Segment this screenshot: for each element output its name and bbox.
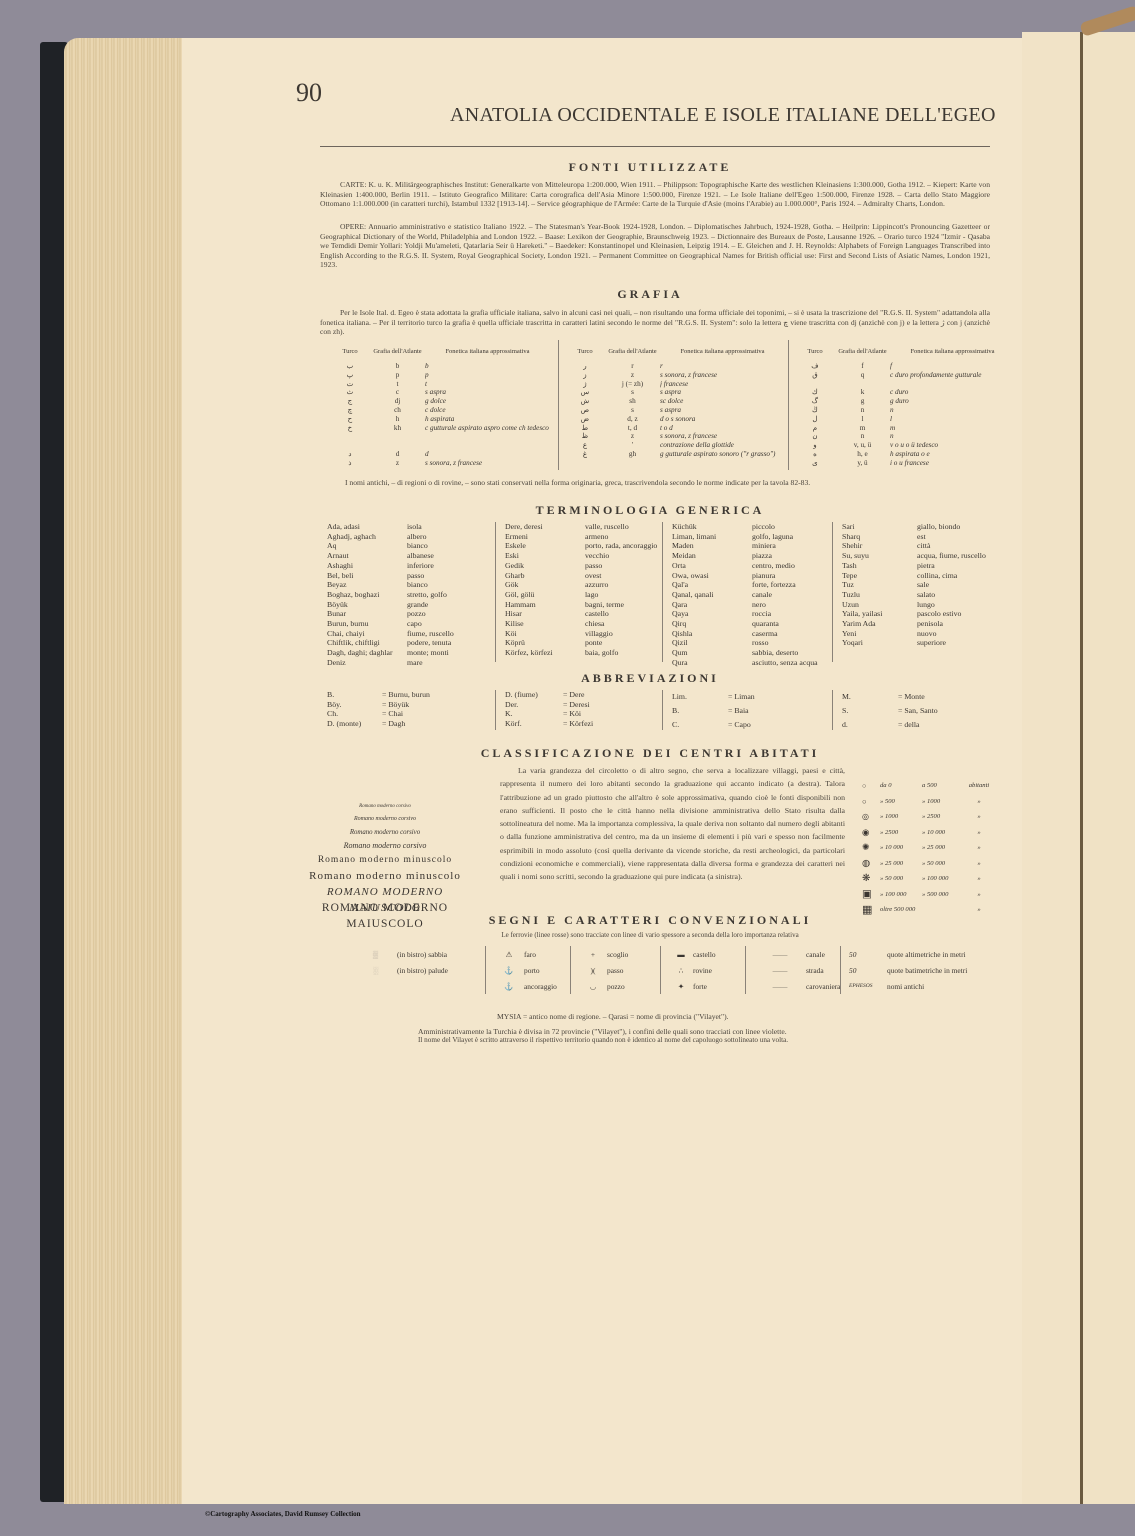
- list-item: ——carovaniera: [754, 978, 846, 994]
- table-row: گgg duro: [795, 397, 1015, 406]
- population-to: » 10 000: [922, 829, 964, 836]
- grafia-column-1: TurcoGrafia dell'AtlanteFonetica italian…: [330, 340, 550, 468]
- legend-label: forte: [693, 982, 748, 991]
- population-row: ○» 500» 1000»: [862, 794, 994, 810]
- table-row: هh, eh aspirata o e: [795, 450, 1015, 459]
- term-word: Ashaghi: [327, 561, 407, 571]
- grafia-header-cell: Fonetica italiana approssimativa: [890, 348, 1015, 355]
- population-to: » 25 000: [922, 844, 964, 851]
- grafia-header-row: TurcoGrafia dell'AtlanteFonetica italian…: [795, 340, 1015, 362]
- grafia-column-2: TurcoGrafia dell'AtlanteFonetica italian…: [565, 340, 785, 459]
- list-item: Eskeleporto, rada, ancoraggio: [505, 541, 657, 551]
- abbreviation-meaning: = Capo: [728, 718, 751, 732]
- italian-phonetic: [890, 380, 1015, 389]
- term-meaning: salato: [917, 590, 935, 600]
- term-word: Qirq: [672, 619, 752, 629]
- column-divider: [662, 690, 663, 730]
- population-unit: abitanti: [964, 782, 994, 789]
- grafia-header-cell: Turco: [330, 348, 370, 355]
- term-word: Küchük: [672, 522, 752, 532]
- term-word: Qizil: [672, 638, 752, 648]
- list-item: Yaila, yailasipascolo estivo: [842, 609, 986, 619]
- list-item: Böy.= Böyük: [327, 700, 430, 710]
- term-meaning: monte; monti: [407, 648, 449, 658]
- segni-group: ——canale——strada——carovaniera: [745, 946, 846, 994]
- fonti-opere: OPERE: Annuario amministrativo e statist…: [320, 222, 990, 270]
- atlas-spelling: d, z: [605, 415, 660, 424]
- atlas-spelling: q: [835, 371, 890, 380]
- turkish-letter: ن: [795, 432, 835, 441]
- term-word: Ada, adasi: [327, 522, 407, 532]
- term-meaning: pozzo: [407, 609, 426, 619]
- type-sample: ROMANO MODERNO MAIUSCOLO: [300, 884, 470, 900]
- list-item: Yoqarisuperiore: [842, 638, 986, 648]
- term-word: Gök: [505, 580, 585, 590]
- list-item: Eskivecchio: [505, 551, 657, 561]
- term-meaning: castello: [585, 609, 609, 619]
- italian-phonetic: g dolce: [425, 397, 550, 406]
- column-divider: [832, 522, 833, 662]
- term-word: Tash: [842, 561, 917, 571]
- legend-label: pozzo: [607, 982, 662, 991]
- list-item: Tuzsale: [842, 580, 986, 590]
- term-meaning: porto, rada, ancoraggio: [585, 541, 657, 551]
- term-meaning: bianco: [407, 580, 428, 590]
- italian-phonetic: contrazione della glottide: [660, 441, 785, 450]
- population-from: da 0: [880, 782, 922, 789]
- table-row: [330, 432, 550, 441]
- population-unit: »: [964, 844, 994, 851]
- settlement-symbol: ◎: [862, 812, 880, 821]
- legend-symbol-icon: ——: [754, 966, 806, 975]
- atlas-spelling: s: [605, 388, 660, 397]
- population-unit: »: [964, 875, 994, 882]
- term-word: Körfez, körfezi: [505, 648, 585, 658]
- list-item: Madenminiera: [672, 541, 818, 551]
- term-meaning: golfo, laguna: [752, 532, 793, 542]
- type-sample: Romano moderno corsivo: [300, 839, 470, 852]
- abbreviation: B.: [672, 704, 728, 718]
- term-word: Arnaut: [327, 551, 407, 561]
- term-meaning: acqua, fiume, ruscello: [917, 551, 986, 561]
- table-row: طt, dt o d: [565, 424, 785, 433]
- atlas-spelling: m: [835, 424, 890, 433]
- abbreviation: B.: [327, 690, 382, 700]
- abbreviation: K.: [505, 709, 563, 719]
- italian-phonetic: s aspra: [660, 388, 785, 397]
- table-row: فff: [795, 362, 1015, 371]
- term-word: Maden: [672, 541, 752, 551]
- term-meaning: roccia: [752, 609, 771, 619]
- term-word: Aghadj, aghach: [327, 532, 407, 542]
- table-row: زzs sonora, z francese: [565, 371, 785, 380]
- abbreviation: Körf.: [505, 719, 563, 729]
- table-row: ظzs sonora, z francese: [565, 432, 785, 441]
- term-word: Yarim Ada: [842, 619, 917, 629]
- italian-phonetic: d: [425, 450, 550, 459]
- italian-phonetic: s aspra: [660, 406, 785, 415]
- term-meaning: passo: [407, 571, 424, 581]
- list-item: Der.= Deresi: [505, 700, 593, 710]
- atlas-spelling: j (= zh): [605, 380, 660, 389]
- term-word: Qum: [672, 648, 752, 658]
- abbreviation-meaning: = della: [898, 718, 920, 732]
- legend-symbol-icon: ∴: [669, 966, 693, 975]
- table-row: شshsc dolce: [565, 397, 785, 406]
- population-from: » 25 000: [880, 860, 922, 867]
- term-meaning: baia, golfo: [585, 648, 618, 658]
- turkish-letter: ص: [565, 406, 605, 415]
- atlas-spelling: y, ü: [835, 459, 890, 468]
- abbreviation-meaning: = Liman: [728, 690, 755, 704]
- italian-phonetic: g gutturale aspirato sonoro ("r grasso"): [660, 450, 785, 459]
- population-from: » 500: [880, 798, 922, 805]
- legend-symbol-icon: ▬: [669, 950, 693, 959]
- term-word: Burun, burnu: [327, 619, 407, 629]
- italian-phonetic: s aspra: [425, 388, 550, 397]
- list-item: Küchükpiccolo: [672, 522, 818, 532]
- legend-symbol-icon: +: [579, 950, 607, 959]
- term-word: Qaya: [672, 609, 752, 619]
- legend-symbol-icon: 50: [849, 950, 887, 959]
- term-word: Shehir: [842, 541, 917, 551]
- term-word: Dagh, daghi; daghlar: [327, 648, 407, 658]
- population-scale: ○da 0a 500abitanti○» 500» 1000»◎» 1000» …: [862, 778, 994, 918]
- atlas-spelling: b: [370, 362, 425, 371]
- turkish-letter: ر: [565, 362, 605, 371]
- grafia-intro: Per le Isole Ital. d. Egeo è stata adott…: [320, 308, 990, 337]
- population-to: » 500 000: [922, 891, 964, 898]
- atlas-spelling: p: [370, 371, 425, 380]
- term-word: Qanal, qanali: [672, 590, 752, 600]
- term-meaning: sale: [917, 580, 929, 590]
- abbreviation: d.: [842, 718, 898, 732]
- term-word: Böyük: [327, 600, 407, 610]
- segni-group: ⚠faro⚓porto⚓ancoraggio: [485, 946, 574, 994]
- grafia-header-cell: Fonetica italiana approssimativa: [425, 348, 550, 355]
- term-word: Yeni: [842, 629, 917, 639]
- italian-phonetic: n: [890, 406, 1015, 415]
- list-item: Ashaghiinferiore: [327, 561, 454, 571]
- list-item: Tuzlusalato: [842, 590, 986, 600]
- population-row: ◎» 1000» 2500»: [862, 809, 994, 825]
- list-item: ▒(in bistro) sabbia: [352, 946, 477, 962]
- turkish-letter: ل: [795, 415, 835, 424]
- population-from: » 1000: [880, 813, 922, 820]
- atlas-spelling: h, e: [835, 450, 890, 459]
- italian-phonetic: s sonora, z francese: [425, 459, 550, 468]
- term-meaning: pianura: [752, 571, 775, 581]
- title-rule: [320, 146, 990, 147]
- turkish-letter: گ: [795, 397, 835, 406]
- abbreviation: M.: [842, 690, 898, 704]
- atlas-spelling: z: [605, 371, 660, 380]
- page-number: 90: [296, 78, 322, 108]
- term-word: Orta: [672, 561, 752, 571]
- population-unit: »: [964, 798, 994, 805]
- legend-label: nomi antichi: [887, 982, 1047, 991]
- segni-subtitle: Le ferrovie (linee rosse) sono tracciate…: [300, 931, 1000, 940]
- term-meaning: pascolo estivo: [917, 609, 961, 619]
- legend-symbol-icon: EPHESOS: [849, 983, 887, 989]
- list-item: Köprüponte: [505, 638, 657, 648]
- population-unit: »: [964, 891, 994, 898]
- term-meaning: azzurro: [585, 580, 608, 590]
- term-word: Qishla: [672, 629, 752, 639]
- term-meaning: stretto, golfo: [407, 590, 447, 600]
- legend-label: ancoraggio: [524, 982, 574, 991]
- turkish-letter: [330, 432, 370, 441]
- legend-label: rovine: [693, 966, 748, 975]
- atlas-spelling: t: [370, 380, 425, 389]
- population-row: ✺» 10 000» 25 000»: [862, 840, 994, 856]
- population-from: » 2500: [880, 829, 922, 836]
- term-meaning: villaggio: [585, 629, 613, 639]
- list-item: 50quote altimetriche in metri: [849, 946, 1047, 962]
- list-item: Shehircittà: [842, 541, 986, 551]
- term-word: Hisar: [505, 609, 585, 619]
- term-meaning: ponte: [585, 638, 602, 648]
- italian-phonetic: d o s sonora: [660, 415, 785, 424]
- list-item: Ortacentro, medio: [672, 561, 818, 571]
- table-row: [795, 380, 1015, 389]
- term-meaning: città: [917, 541, 930, 551]
- grafia-header-cell: Fonetica italiana approssimativa: [660, 348, 785, 355]
- italian-phonetic: r: [660, 362, 785, 371]
- abbreviation: Ch.: [327, 709, 382, 719]
- list-item: Köivillaggio: [505, 629, 657, 639]
- table-row: رrr: [565, 362, 785, 371]
- abbreviazioni-column-3: Lim.= LimanB.= BaiaC.= Capo: [672, 690, 755, 732]
- italian-phonetic: v o u o ü tedesco: [890, 441, 1015, 450]
- atlas-spelling: [835, 380, 890, 389]
- settlement-symbol: ◉: [862, 827, 880, 838]
- term-meaning: quaranta: [752, 619, 779, 629]
- list-item: ⚓porto: [494, 962, 574, 978]
- term-meaning: passo: [585, 561, 602, 571]
- italian-phonetic: [425, 432, 550, 441]
- abbreviation: Der.: [505, 700, 563, 710]
- list-item: ░(in bistro) palude: [352, 962, 477, 978]
- atlas-spelling: z: [370, 459, 425, 468]
- list-item: )(passo: [579, 962, 662, 978]
- italian-phonetic: p: [425, 371, 550, 380]
- list-item: Liman, limanigolfo, laguna: [672, 532, 818, 542]
- legend-label: scoglio: [607, 950, 662, 959]
- table-row: لll: [795, 415, 1015, 424]
- list-item: Dagh, daghi; daghlarmonte; monti: [327, 648, 454, 658]
- atlas-spelling: t, d: [605, 424, 660, 433]
- turkish-letter: ی: [795, 459, 835, 468]
- table-row: خkhc gutturale aspirato aspro come ch te…: [330, 424, 550, 433]
- term-word: Sari: [842, 522, 917, 532]
- type-sample: Romano moderno minuscolo: [300, 868, 470, 884]
- term-meaning: albanese: [407, 551, 434, 561]
- term-word: Gedik: [505, 561, 585, 571]
- list-item: ⚓ancoraggio: [494, 978, 574, 994]
- abbreviation-meaning: = Böyük: [382, 700, 409, 710]
- list-item: ✦forte: [669, 978, 748, 994]
- abbreviation-meaning: = Chai: [382, 709, 403, 719]
- italian-phonetic: c gutturale aspirato aspro come ch tedes…: [425, 424, 550, 433]
- page-title: ANATOLIA OCCIDENTALE E ISOLE ITALIANE DE…: [450, 104, 996, 127]
- italian-phonetic: sc dolce: [660, 397, 785, 406]
- legend-label: quote batimetriche in metri: [887, 966, 1047, 975]
- term-meaning: bagni, terme: [585, 600, 624, 610]
- list-item: Chiftlik, chiftligipodere, tenuta: [327, 638, 454, 648]
- legend-label: passo: [607, 966, 662, 975]
- turkish-letter: ق: [795, 371, 835, 380]
- term-meaning: armeno: [585, 532, 608, 542]
- term-word: Qal'a: [672, 580, 752, 590]
- admin-note-2: Il nome del Vilayet è scritto attraverso…: [418, 1036, 788, 1045]
- list-item: Körfez, körfezibaia, golfo: [505, 648, 657, 658]
- abbreviazioni-column-4: M.= MonteS.= San, Santod.= della: [842, 690, 938, 732]
- list-item: Ch.= Chai: [327, 709, 430, 719]
- term-meaning: piccolo: [752, 522, 775, 532]
- terminologia-column-4: Sarigiallo, biondoSharqestShehircittàSu,…: [842, 522, 986, 648]
- term-meaning: capo: [407, 619, 422, 629]
- italian-phonetic: l: [890, 415, 1015, 424]
- segni-group: ▬castello∴rovine✦forte: [660, 946, 748, 994]
- table-row: تtt: [330, 380, 550, 389]
- italian-phonetic: c duro profondamente gutturale: [890, 371, 1015, 380]
- classificazione-text: La varia grandezza del circoletto o di a…: [500, 764, 845, 884]
- turkish-letter: ث: [330, 388, 370, 397]
- legend-label: castello: [693, 950, 748, 959]
- atlas-spelling: kh: [370, 424, 425, 433]
- legend-symbol-icon: ◡: [579, 982, 607, 991]
- list-item: Dere, deresivalle, ruscello: [505, 522, 657, 532]
- turkish-letter: ع: [565, 441, 605, 450]
- legend-symbol-icon: ⚠: [494, 950, 524, 959]
- legend-label: (in bistro) sabbia: [397, 950, 477, 959]
- legend-label: porto: [524, 966, 574, 975]
- list-item: Sharqest: [842, 532, 986, 542]
- legend-symbol-icon: ✦: [669, 982, 693, 991]
- atlas-spelling: ch: [370, 406, 425, 415]
- legend-label: quote altimetriche in metri: [887, 950, 1047, 959]
- turkish-letter: ش: [565, 397, 605, 406]
- legend-symbol-icon: ⚓: [494, 982, 524, 991]
- list-item: Yeninuovo: [842, 629, 986, 639]
- italian-phonetic: b: [425, 362, 550, 371]
- list-item: Qayaroccia: [672, 609, 818, 619]
- population-from: » 100 000: [880, 891, 922, 898]
- list-item: Qizilrosso: [672, 638, 818, 648]
- turkish-letter: س: [565, 388, 605, 397]
- type-samples: Romano moderno corsivoRomano moderno cor…: [300, 800, 470, 916]
- column-divider: [788, 340, 789, 470]
- term-word: Su, suyu: [842, 551, 917, 561]
- list-item: Beyazbianco: [327, 580, 454, 590]
- segni-group: 50quote altimetriche in metri50quote bat…: [840, 946, 1047, 994]
- legend-symbol-icon: )(: [579, 966, 607, 975]
- list-item: ▬castello: [669, 946, 748, 962]
- atlas-spelling: h: [370, 415, 425, 424]
- italian-phonetic: m: [890, 424, 1015, 433]
- abbreviation: C.: [672, 718, 728, 732]
- term-word: Qara: [672, 600, 752, 610]
- italian-phonetic: n: [890, 432, 1015, 441]
- table-row: یy, üi o u francese: [795, 459, 1015, 468]
- italian-phonetic: s sonora, z francese: [660, 371, 785, 380]
- list-item: Qanal, qanalicanale: [672, 590, 818, 600]
- legend-symbol-icon: 50: [849, 966, 887, 975]
- abbreviation-meaning: = San, Santo: [898, 704, 938, 718]
- term-meaning: ovest: [585, 571, 601, 581]
- atlas-spelling: r: [605, 362, 660, 371]
- population-to: a 500: [922, 782, 964, 789]
- term-meaning: pietra: [917, 561, 935, 571]
- type-sample: Romano moderno corsivo: [300, 800, 470, 813]
- list-item: Göl, gölülago: [505, 590, 657, 600]
- term-word: Köi: [505, 629, 585, 639]
- term-word: Liman, limani: [672, 532, 752, 542]
- table-row: كkc duro: [795, 388, 1015, 397]
- type-sample: Romano moderno minuscolo: [300, 852, 470, 868]
- terminologia-column-2: Dere, deresivalle, ruscelloErmeniarmenoE…: [505, 522, 657, 658]
- list-item: Su, suyuacqua, fiume, ruscello: [842, 551, 986, 561]
- term-meaning: est: [917, 532, 926, 542]
- segni-group: +scoglio)(passo◡pozzo: [570, 946, 662, 994]
- table-row: ضd, zd o s sonora: [565, 415, 785, 424]
- abbreviation-meaning: = Körfezi: [563, 719, 593, 729]
- segni-group: ▒(in bistro) sabbia░(in bistro) palude: [352, 946, 477, 978]
- term-meaning: fiume, ruscello: [407, 629, 454, 639]
- list-item: C.= Capo: [672, 718, 755, 732]
- list-item: Qumsabbia, deserto: [672, 648, 818, 658]
- italian-phonetic: t o d: [660, 424, 785, 433]
- abbreviation: S.: [842, 704, 898, 718]
- legend-line: MYSIA = antico nome di regione. – Qarasi…: [497, 1012, 729, 1021]
- column-divider: [558, 340, 559, 470]
- turkish-letter: ڭ: [795, 406, 835, 415]
- grafia-heading: GRAFIA: [300, 287, 1000, 302]
- term-meaning: vecchio: [585, 551, 609, 561]
- atlas-spelling: z: [605, 432, 660, 441]
- type-sample: Romano moderno corsivo: [300, 813, 470, 826]
- table-row: مmm: [795, 424, 1015, 433]
- turkish-letter: ج: [330, 397, 370, 406]
- abbreviation-meaning: = Baia: [728, 704, 749, 718]
- turkish-letter: ف: [795, 362, 835, 371]
- list-item: Meidanpiazza: [672, 551, 818, 561]
- settlement-symbol: ○: [862, 782, 880, 790]
- list-item: M.= Monte: [842, 690, 938, 704]
- list-item: EPHESOSnomi antichi: [849, 978, 1047, 994]
- population-row: ❋» 50 000» 100 000»: [862, 871, 994, 887]
- table-row: صss aspra: [565, 406, 785, 415]
- column-divider: [662, 522, 663, 662]
- legend-symbol-icon: ⚓: [494, 966, 524, 975]
- population-from: » 10 000: [880, 844, 922, 851]
- list-item: Owa, owasipianura: [672, 571, 818, 581]
- turkish-letter: ذ: [330, 459, 370, 468]
- turkish-letter: غ: [565, 450, 605, 459]
- abbreviation-meaning: = Monte: [898, 690, 925, 704]
- atlas-spelling: sh: [605, 397, 660, 406]
- term-word: Deniz: [327, 658, 407, 668]
- population-to: » 1000: [922, 798, 964, 805]
- admin-note-1: Amministrativamente la Turchia è divisa …: [418, 1027, 787, 1036]
- table-row: وv, u, üv o u o ü tedesco: [795, 441, 1015, 450]
- turkish-letter: ض: [565, 415, 605, 424]
- facing-page-next: [1083, 32, 1135, 1504]
- term-word: Bunar: [327, 609, 407, 619]
- table-row: حhh aspirata: [330, 415, 550, 424]
- classificazione-heading: CLASSIFICAZIONE DEI CENTRI ABITATI: [300, 746, 1000, 761]
